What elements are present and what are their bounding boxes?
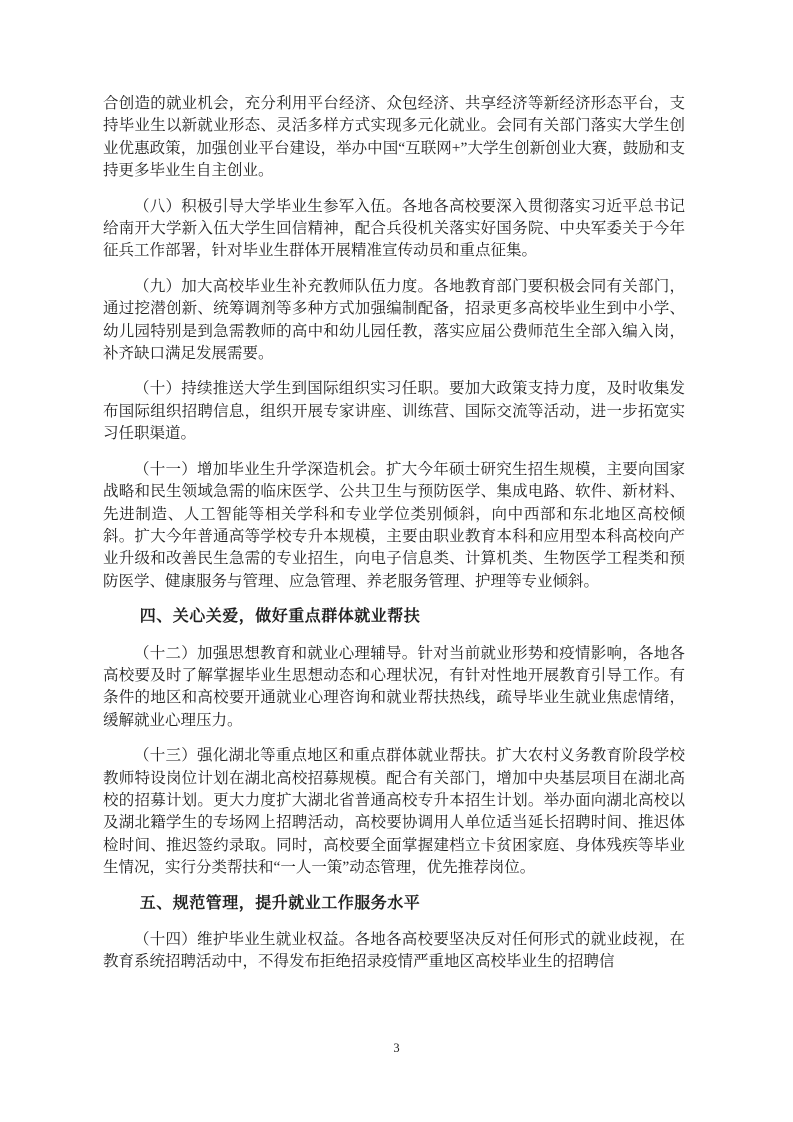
paragraph-item-8: （八）积极引导大学毕业生参军入伍。各地各高校要深入贯彻落实习近平总书记给南开大学… (103, 196, 685, 263)
paragraph-item-9: （九）加大高校毕业生补充教师队伍力度。各地教育部门要积极会同有关部门，通过挖潜创… (103, 276, 685, 366)
document-page: 合创造的就业机会，充分利用平台经济、众包经济、共享经济等新经济形态平台，支持毕业… (0, 0, 793, 1122)
section-heading-5: 五、规范管理，提升就业工作服务水平 (103, 893, 685, 915)
paragraph-item-12: （十二）加强思想教育和就业心理辅导。针对当前就业形势和疫情影响，各地各高校要及时… (103, 643, 685, 733)
paragraph-item-11: （十一）增加毕业生升学深造机会。扩大今年硕士研究生招生规模，主要向国家战略和民生… (103, 459, 685, 593)
paragraph-continuation: 合创造的就业机会，充分利用平台经济、众包经济、共享经济等新经济形态平台，支持毕业… (103, 93, 685, 183)
paragraph-item-10: （十）持续推送大学生到国际组织实习任职。要加大政策支持力度，及时收集发布国际组织… (103, 378, 685, 445)
paragraph-item-14: （十四）维护毕业生就业权益。各地各高校要坚决反对任何形式的就业歧视，在教育系统招… (103, 929, 685, 974)
document-body: 合创造的就业机会，充分利用平台经济、众包经济、共享经济等新经济形态平台，支持毕业… (103, 93, 685, 987)
section-heading-4: 四、关心关爱，做好重点群体就业帮扶 (103, 606, 685, 628)
paragraph-item-13: （十三）强化湖北等重点地区和重点群体就业帮扶。扩大农村义务教育阶段学校教师特设岗… (103, 745, 685, 879)
page-number: 3 (0, 1040, 793, 1056)
